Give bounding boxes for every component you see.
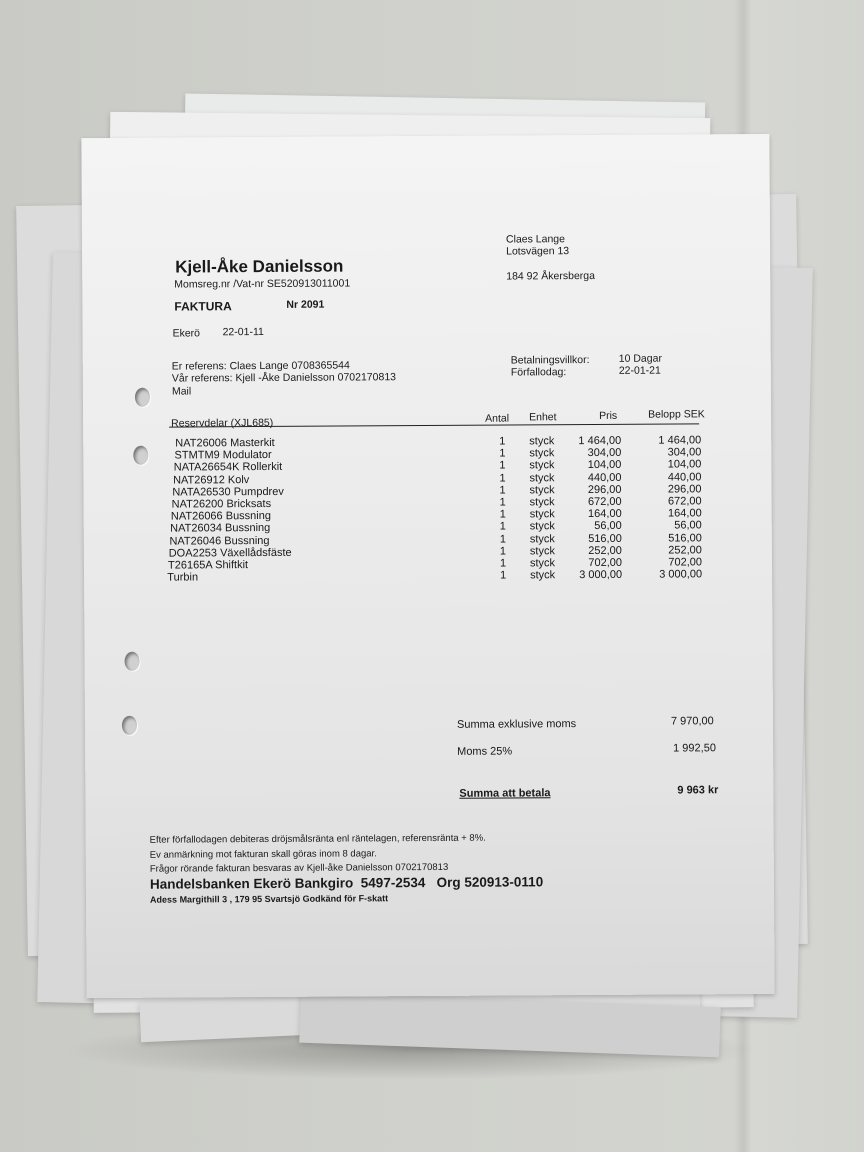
table-row-qty: 1 — [499, 435, 511, 447]
table-row-description: T26165A Shiftkit — [168, 559, 292, 572]
table-row-price: 440,00 — [563, 471, 621, 484]
column-header-qty: Antal — [485, 413, 509, 425]
column-header-description: Reservdelar (XJL685) — [171, 417, 273, 430]
table-row-qty: 1 — [500, 570, 512, 582]
table-row-price: 1 464,00 — [563, 435, 621, 448]
recipient-name: Claes Lange — [506, 233, 565, 245]
items-amount-column: 1 464,00304,00104,00440,00296,00672,0016… — [639, 434, 702, 581]
sender-name: Kjell-Åke Danielsson — [175, 257, 343, 278]
invoice-number: Nr 2091 — [286, 299, 324, 311]
table-row-qty: 1 — [500, 545, 512, 557]
table-row-description: STMTM9 Modulator — [174, 449, 291, 462]
table-row-price: 702,00 — [564, 557, 622, 570]
table-row-amount: 440,00 — [639, 471, 701, 484]
table-row-price: 104,00 — [563, 459, 621, 472]
table-row-qty: 1 — [500, 533, 512, 545]
table-row-description: NAT26066 Bussning — [171, 510, 292, 523]
vat-label: Moms 25% — [457, 745, 512, 757]
table-row-description: NATA26654K Rollerkit — [174, 461, 291, 474]
table-row-amount: 702,00 — [640, 556, 702, 569]
bank-name: Handelsbanken Ekerö Bankgiro — [150, 875, 353, 891]
table-row-amount: 252,00 — [640, 544, 702, 557]
footer-bank-info: Handelsbanken Ekerö Bankgiro 5497-2534 O… — [150, 874, 543, 891]
invoice-page: Kjell-Åke Danielsson Momsreg.nr /Vat-nr … — [81, 134, 774, 998]
footer-late-interest-note: Efter förfallodagen debiteras dröjsmålsr… — [150, 833, 486, 846]
delivery-method: Mail — [172, 385, 191, 397]
table-row-description: NAT26006 Masterkit — [175, 437, 291, 450]
table-row-amount: 672,00 — [640, 495, 702, 508]
table-row-price: 296,00 — [564, 484, 622, 497]
table-row-price: 3 000,00 — [564, 569, 622, 582]
table-row-amount: 516,00 — [640, 532, 702, 545]
due-date-label: Förfallodag: — [511, 366, 567, 378]
table-row-description: DOA2253 Växellådsfäste — [169, 547, 292, 560]
table-row-description: NAT26046 Bussning — [169, 534, 291, 547]
punch-hole-icon — [122, 716, 137, 735]
customer-reference: Er referens: Claes Lange 0708365544 — [172, 359, 350, 372]
table-row-description: NATA26530 Pumpdrev — [172, 486, 291, 499]
footer-complaint-note: Ev anmärkning mot fakturan skall göras i… — [150, 848, 377, 860]
table-row-price: 304,00 — [563, 447, 621, 460]
column-header-unit: Enhet — [529, 411, 557, 423]
table-row-price: 252,00 — [564, 545, 622, 558]
table-row-amount: 304,00 — [639, 447, 701, 460]
table-row-description: Turbin — [167, 571, 292, 584]
table-row-price: 516,00 — [564, 532, 622, 545]
table-row-qty: 1 — [500, 484, 512, 496]
bankgiro-number: 5497-2534 — [361, 875, 426, 890]
document-title: FAKTURA — [174, 299, 231, 313]
invoice-date: 22-01-11 — [223, 326, 264, 338]
table-row-amount: 164,00 — [640, 507, 702, 520]
table-row-qty: 1 — [499, 448, 511, 460]
items-qty-column: 111111111111 — [499, 435, 512, 581]
column-header-amount: Belopp SEK — [648, 408, 705, 420]
table-row-qty: 1 — [500, 521, 512, 533]
table-row-description: NAT26912 Kolv — [173, 473, 291, 486]
due-date-value: 22-01-21 — [619, 365, 661, 377]
payment-terms-label: Betalningsvillkor: — [511, 354, 590, 366]
table-row-price: 164,00 — [564, 508, 622, 521]
invoice-place: Ekerö — [173, 327, 201, 339]
table-row-amount: 1 464,00 — [639, 434, 701, 447]
sender-vat-number: Momsreg.nr /Vat-nr SE520913011001 — [174, 277, 350, 290]
our-reference: Vår referens: Kjell -Åke Danielsson 0702… — [172, 371, 396, 384]
punch-hole-icon — [133, 446, 148, 465]
recipient-street: Lotsvägen 13 — [506, 245, 569, 257]
table-row-amount: 296,00 — [639, 483, 701, 496]
footer-contact-note: Frågor rörande fakturan besvaras av Kjel… — [150, 862, 448, 875]
table-row-price: 672,00 — [564, 496, 622, 509]
table-row-qty: 1 — [499, 472, 511, 484]
table-row-qty: 1 — [500, 557, 512, 569]
table-row-description: NAT26200 Bricksats — [172, 498, 292, 511]
table-row-qty: 1 — [499, 460, 511, 472]
items-price-column: 1 464,00304,00104,00440,00296,00672,0016… — [563, 435, 622, 582]
table-row-amount: 3 000,00 — [640, 568, 702, 581]
table-row-amount: 104,00 — [639, 459, 701, 472]
subtotal-label: Summa exklusive moms — [457, 718, 576, 731]
total-label: Summa att betala — [459, 787, 550, 800]
subtotal-value: 7 970,00 — [671, 715, 714, 727]
footer-address: Adess Margithill 3 , 179 95 Svartsjö God… — [150, 893, 388, 904]
total-value: 9 963 kr — [677, 784, 718, 796]
table-row-price: 56,00 — [564, 520, 622, 533]
punch-hole-icon — [135, 388, 150, 407]
payment-terms-value: 10 Dagar — [619, 353, 662, 365]
column-header-price: Pris — [599, 410, 617, 422]
punch-hole-icon — [125, 652, 140, 671]
table-row-qty: 1 — [500, 496, 512, 508]
table-row-description: NAT26034 Bussning — [170, 522, 291, 535]
recipient-city: 184 92 Åkersberga — [506, 270, 595, 283]
table-row-amount: 56,00 — [640, 520, 702, 533]
vat-value: 1 992,50 — [673, 742, 716, 754]
org-number: Org 520913-0110 — [437, 874, 544, 890]
items-description-column: NAT26006 MasterkitSTMTM9 ModulatorNATA26… — [167, 437, 292, 584]
table-row-qty: 1 — [500, 509, 512, 521]
